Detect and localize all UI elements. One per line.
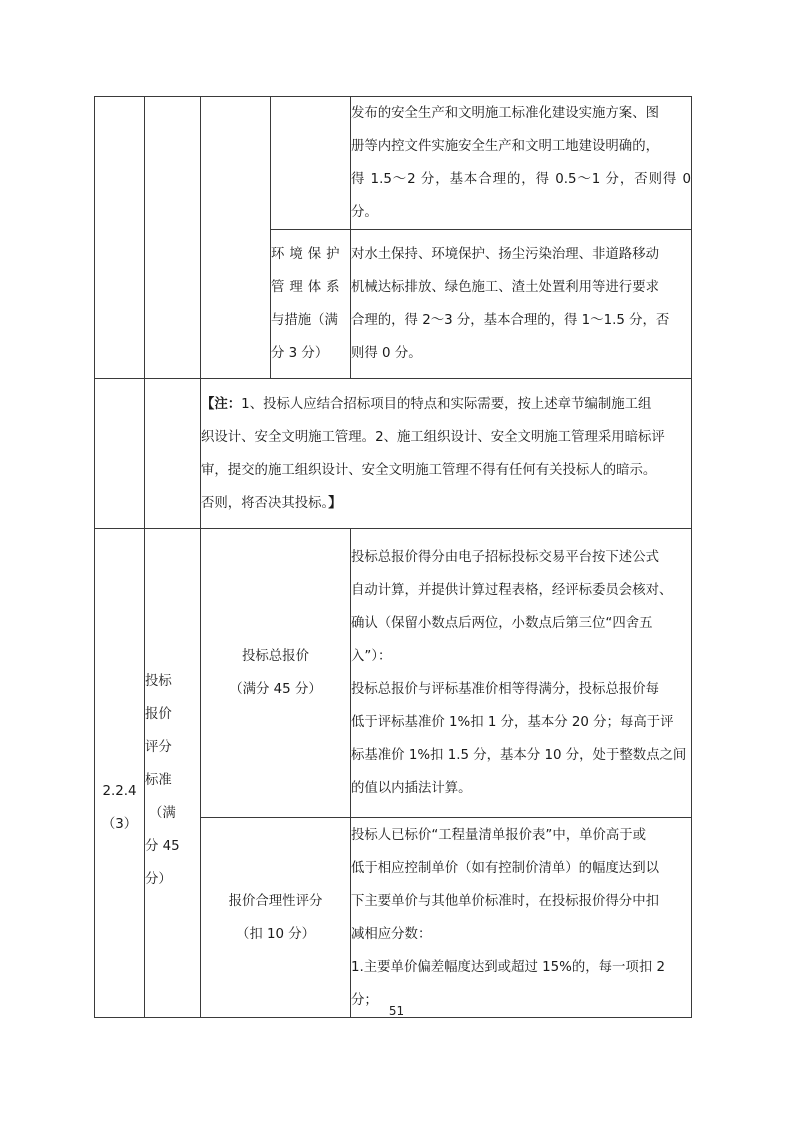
table-row-note: 【注：1、投标人应结合招标项目的特点和实际需要，按上述章节编制施工组 织设计、安… bbox=[95, 379, 692, 529]
document-page: 发布的安全生产和文明施工标准化建设实施方案、图 册等内控文件实施安全生产和文明工… bbox=[0, 0, 793, 1122]
factor-name-cell: 投标 报价 评分 标准 （满 分 45 分） bbox=[145, 529, 201, 1018]
category-cell-empty bbox=[201, 97, 271, 379]
table-row: 发布的安全生产和文明施工标准化建设实施方案、图 册等内控文件实施安全生产和文明工… bbox=[95, 97, 692, 230]
note-prefix: 【注： bbox=[201, 397, 241, 412]
item-label-cell: 环境保护 管理体系 与措施（满 分 3 分） bbox=[271, 230, 351, 379]
item-content-cell: 投标总报价得分由电子招标投标交易平台按下述公式 自动计算，并提供计算过程表格，经… bbox=[351, 529, 692, 818]
note-cell: 【注：1、投标人应结合招标项目的特点和实际需要，按上述章节编制施工组 织设计、安… bbox=[201, 379, 692, 529]
clause-cell-empty bbox=[95, 379, 145, 529]
item-content-cell: 对水土保持、环境保护、扬尘污染治理、非道路移动 机械达标排放、绿色施工、渣土处置… bbox=[351, 230, 692, 379]
scoring-table: 发布的安全生产和文明施工标准化建设实施方案、图 册等内控文件实施安全生产和文明工… bbox=[94, 96, 692, 1018]
item-name-cell: 报价合理性评分 （扣 10 分） bbox=[201, 818, 351, 1018]
note-suffix: 】 bbox=[328, 496, 341, 511]
item-content-cell: 投标人已标价“工程量清单报价表”中，单价高于或 低于相应控制单价（如有控制价清单… bbox=[351, 818, 692, 1018]
item-content-cell: 发布的安全生产和文明施工标准化建设实施方案、图 册等内控文件实施安全生产和文明工… bbox=[351, 97, 692, 230]
item-name-cell: 投标总报价 （满分 45 分） bbox=[201, 529, 351, 818]
factor-cell-empty bbox=[145, 379, 201, 529]
table-row: 2.2.4 （3） 投标 报价 评分 标准 （满 分 45 分） 投标总报价 （… bbox=[95, 529, 692, 818]
factor-cell-empty bbox=[145, 97, 201, 379]
clause-cell-empty bbox=[95, 97, 145, 379]
page-number: 51 bbox=[0, 1004, 793, 1018]
clause-number-cell: 2.2.4 （3） bbox=[95, 529, 145, 1018]
item-label-cell bbox=[271, 97, 351, 230]
